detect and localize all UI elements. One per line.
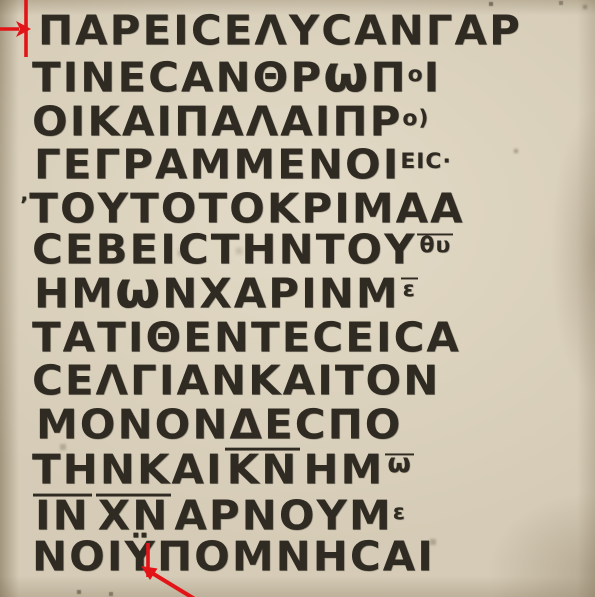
manuscript-line-13: ΝΟΙΫΠΟΜΝΗCΑΙ bbox=[32, 535, 595, 577]
text-segment: ΤΑΤΙΘΕΝΤΕCΕΙCΑ bbox=[32, 313, 461, 361]
text-segment: ΗΜωΝΧΑΡΙΝΜ bbox=[34, 270, 400, 318]
text-segment: CΕΛΓΙΑΝΚΑΙΤΟΝ bbox=[32, 357, 440, 405]
nomen-sacrum: ΙΝ bbox=[33, 493, 92, 535]
manuscript-line-2: ΤΙΝΕCΑΝΘΡωΠοΙ bbox=[32, 53, 595, 95]
uncial-omega: ω bbox=[323, 46, 370, 104]
uncial-omega: ω bbox=[387, 449, 412, 479]
uncial-omega: ω bbox=[115, 262, 162, 320]
manuscript-line-11: ΤΗΝΚΑΙΚΝΗΜω bbox=[32, 448, 595, 490]
text-segment: ΠΑΡΕΙCΕΛΥCΑΝΓΑΡ bbox=[38, 7, 522, 55]
superscript-letters: ε bbox=[393, 500, 406, 524]
superscript-letters: ο bbox=[408, 62, 424, 86]
text-segment: ΑΡΝΟΥΜ bbox=[174, 491, 392, 539]
text-segment: ΝΟΙΫΠΟΜΝΗCΑΙ bbox=[32, 532, 435, 580]
manuscript-line-7: ΗΜωΝΧΑΡΙΝΜε bbox=[34, 272, 595, 314]
text-segment: ΤΗΝΚΑΙ bbox=[32, 446, 224, 494]
text-segment: ΟΙΚΑΙΠΑΛΑΙΠΡ bbox=[32, 97, 402, 145]
red-arrow-top-head bbox=[16, 21, 31, 37]
manuscript-line-9: CΕΛΓΙΑΝΚΑΙΤΟΝ bbox=[32, 360, 595, 402]
manuscript-line-4: ΓΕΓΡΑΜΜΕΝΟΙΕΙC· bbox=[34, 141, 595, 183]
nomen-sacrum: ΧΝ bbox=[96, 493, 172, 535]
manuscript-photo: ΠΑΡΕΙCΕΛΥCΑΝΓΑΡΤΙΝΕCΑΝΘΡωΠοΙΟΙΚΑΙΠΑΛΑΙΠΡ… bbox=[0, 0, 595, 597]
manuscript-line-3: ΟΙΚΑΙΠΑΛΑΙΠΡο) bbox=[32, 97, 595, 139]
text-segment: ΤΙΝΕCΑΝΘΡωΠ bbox=[32, 53, 408, 101]
nomen-sacrum: ε bbox=[401, 277, 418, 300]
superscript-letters: ο) bbox=[402, 106, 429, 130]
manuscript-line-1: ΠΑΡΕΙCΕΛΥCΑΝΓΑΡ bbox=[38, 10, 595, 52]
manuscript-text: ΠΑΡΕΙCΕΛΥCΑΝΓΑΡΤΙΝΕCΑΝΘΡωΠοΙΟΙΚΑΙΠΑΛΑΙΠΡ… bbox=[32, 9, 595, 578]
text-segment: ΓΕΓΡΑΜΜΕΝΟΙ bbox=[34, 141, 400, 189]
text-segment: ΗΜ bbox=[303, 446, 384, 494]
text-segment: Ι bbox=[424, 53, 442, 101]
nomen-sacrum: ΚΝ bbox=[225, 448, 301, 490]
superscript-letters: ΕΙC· bbox=[400, 150, 451, 174]
nomen-sacrum: θυ bbox=[417, 233, 453, 256]
manuscript-line-8: ΤΑΤΙΘΕΝΤΕCΕΙCΑ bbox=[32, 316, 595, 358]
nomen-sacrum: ω bbox=[385, 453, 414, 476]
manuscript-line-5: ’ΤΟΥΤΟΤΟΚΡΙΜΑΑ bbox=[20, 185, 595, 227]
parchment-specks bbox=[0, 0, 2, 2]
manuscript-line-12: ΙΝΧΝΑΡΝΟΥΜε bbox=[32, 491, 595, 533]
text-segment: CΕΒΕΙCΤΗΝΤΟΥ bbox=[32, 226, 416, 274]
superscript-letters: ’ bbox=[20, 194, 29, 218]
text-segment: ΜΟΝΟΝΔΕCΠΟ bbox=[36, 401, 402, 449]
manuscript-line-10: ΜΟΝΟΝΔΕCΠΟ bbox=[36, 404, 595, 446]
